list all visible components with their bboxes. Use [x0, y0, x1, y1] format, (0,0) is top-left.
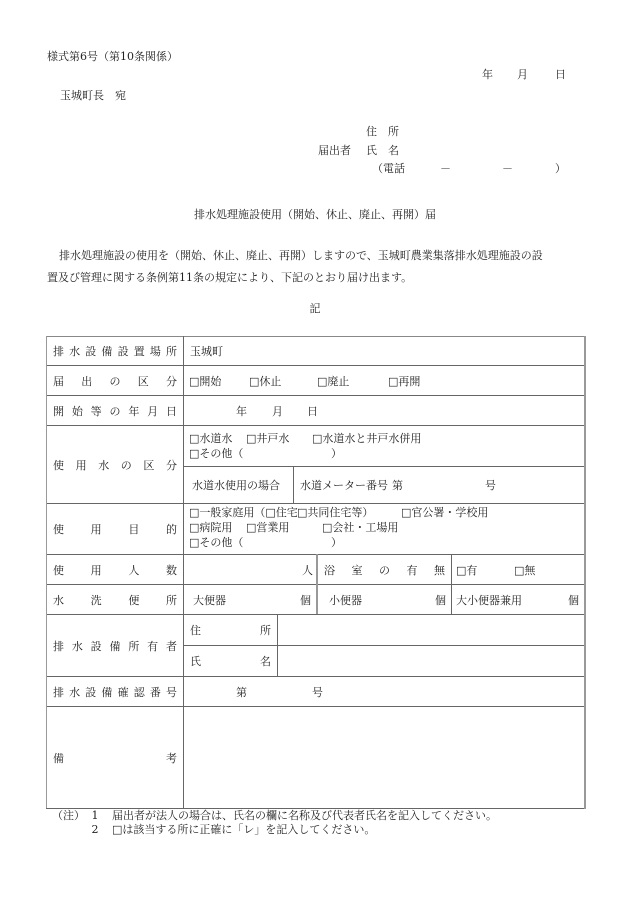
remarks-field[interactable] [184, 707, 584, 808]
large-toilet-unit[interactable]: 個 [300, 585, 311, 614]
small-toilet-label: 小便器 [329, 585, 362, 614]
location-value[interactable]: 玉城町 [190, 337, 580, 365]
owner-name-label: 氏名 [184, 646, 277, 676]
checkbox-purpose-other[interactable]: □その他（ [189, 537, 243, 548]
small-toilet-unit[interactable]: 個 [435, 585, 446, 614]
confirmation-number-label: 排水設備確認番号 [47, 677, 183, 706]
users-label: 使用人数 [47, 555, 183, 584]
bath-label: 浴室の有無 [318, 555, 451, 584]
phone-close: ） [555, 163, 566, 174]
form-number: 様式第6号（第10条関係） [47, 51, 178, 62]
start-date-month[interactable]: 月 [272, 396, 283, 425]
checkbox-water-other[interactable]: □その他（ [189, 448, 243, 459]
checkbox-tap-water[interactable]: □水道水 [189, 433, 232, 444]
start-date-year[interactable]: 年 [236, 396, 247, 425]
addressee: 玉城町長 宛 [60, 90, 126, 101]
document-title: 排水処理施設使用（開始、休止、廃止、再開）届 [0, 209, 630, 220]
water-type-label: 使用水の区分 [47, 426, 183, 503]
owner-address-label: 住所 [184, 615, 277, 645]
checkbox-resume[interactable]: □再開 [388, 366, 420, 395]
note-1-text: 届出者が法人の場合は、氏名の欄に名称及び代表者氏名を記入してください。 [104, 809, 497, 823]
applicant-role-label: 届出者 [318, 145, 351, 156]
checkbox-abolish[interactable]: □廃止 [317, 366, 349, 395]
phone-dash-2: － [502, 163, 513, 174]
applicant-address-label: 住 所 [366, 126, 399, 137]
start-date-day[interactable]: 日 [307, 396, 318, 425]
applicant-phone-label: （電話 [372, 163, 405, 174]
checkbox-company-factory[interactable]: □会社・工場用 [322, 522, 398, 533]
notes-head: （注） [52, 809, 86, 823]
large-toilet-label: 大便器 [193, 585, 226, 614]
confirmation-dai[interactable]: 第 [236, 677, 247, 706]
date-month-label: 月 [517, 69, 528, 80]
meter-go: 号 [485, 467, 496, 503]
combined-toilet-label: 大小便器兼用 [456, 585, 522, 614]
date-day-label: 日 [555, 69, 566, 80]
applicant-name-label: 氏 名 [366, 145, 399, 156]
checkbox-bath-yes[interactable]: □有 [456, 555, 477, 584]
owner-name-field[interactable] [278, 646, 584, 676]
confirmation-go[interactable]: 号 [312, 677, 323, 706]
checkbox-well-water[interactable]: □井戸水 [246, 433, 289, 444]
note-2-number: 2 [86, 823, 104, 837]
notification-type-label: 届出の区分 [47, 366, 183, 395]
body-text-line1: 排水処理施設の使用を（開始、休止、廃止、再開）しますので、玉城町農業集落排水処理… [59, 249, 543, 262]
toilets-label: 水洗便所 [47, 585, 183, 614]
date-year-label: 年 [482, 69, 493, 80]
checkbox-business[interactable]: □営業用 [246, 522, 289, 533]
meter-number-label: 水道メーター番号 [300, 467, 388, 503]
checkbox-public-school[interactable]: □官公署・学校用 [401, 507, 488, 518]
note-2-text: □は該当する所に正確に「レ」を記入してください。 [104, 823, 375, 837]
tap-case-label: 水道水使用の場合 [192, 467, 280, 503]
users-unit[interactable]: 人 [302, 555, 313, 584]
meter-dai: 第 [392, 467, 403, 503]
combined-toilet-unit[interactable]: 個 [568, 585, 579, 614]
phone-dash-1: － [440, 163, 451, 174]
body-text-line2: 置及び管理に関する条例第11条の規定により、下記のとおり届け出ます。 [47, 271, 412, 284]
checkbox-suspend[interactable]: □休止 [249, 366, 281, 395]
purpose-other-close: ） [331, 537, 342, 548]
notes: （注） 1 届出者が法人の場合は、氏名の欄に名称及び代表者氏名を記入してください… [52, 809, 497, 837]
checkbox-start[interactable]: □開始 [189, 366, 221, 395]
purpose-label: 使用目的 [47, 504, 183, 554]
checkbox-tap-and-well[interactable]: □水道水と井戸水併用 [312, 433, 421, 444]
start-date-label: 開始等の年月日 [47, 396, 183, 425]
note-1-number: 1 [86, 809, 104, 823]
checkbox-household[interactable]: □一般家庭用（□住宅 [189, 507, 298, 518]
body-text: 排水処理施設の使用を（開始、休止、廃止、再開）しますので、玉城町農業集落排水処理… [47, 245, 587, 289]
owner-label: 排水設備所有者 [47, 615, 183, 676]
owner-address-field[interactable] [278, 615, 584, 645]
remarks-label: 備考 [47, 707, 183, 808]
ki-heading: 記 [0, 303, 630, 314]
checkbox-hospital[interactable]: □病院用 [189, 522, 232, 533]
checkbox-apartment[interactable]: □共同住宅等） [297, 507, 373, 518]
checkbox-bath-no[interactable]: □無 [514, 555, 535, 584]
location-label: 排水設備設置場所 [47, 337, 183, 365]
water-other-close: ） [331, 448, 342, 459]
